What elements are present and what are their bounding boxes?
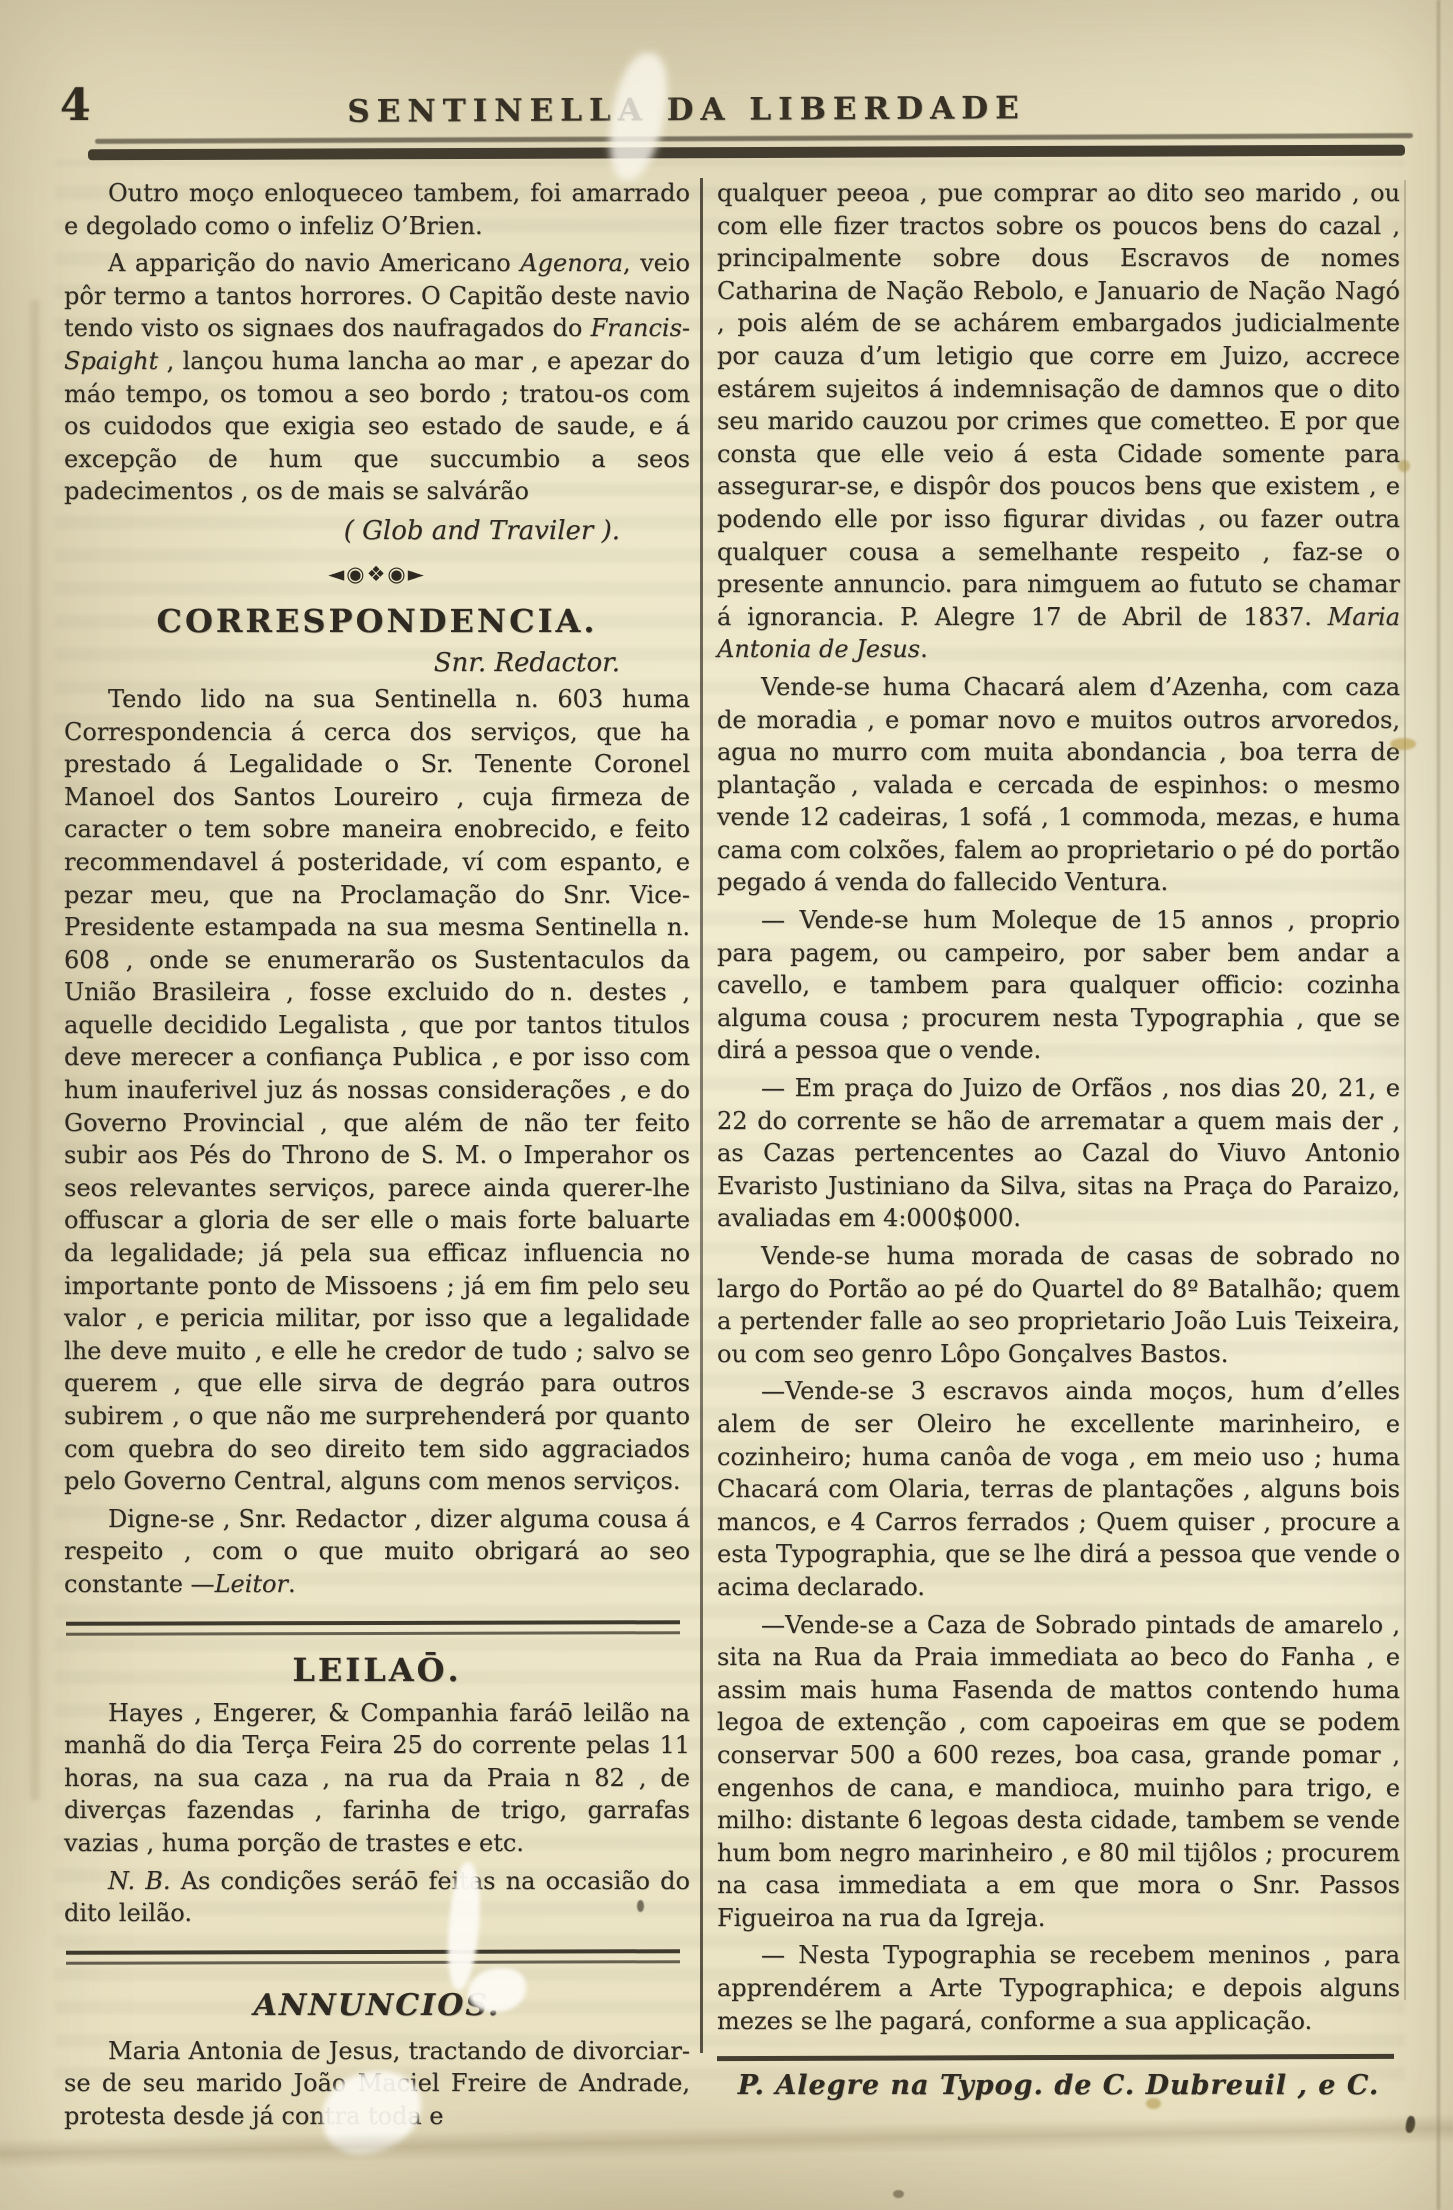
section-rule: [66, 1949, 680, 1965]
column-divider-rule: [700, 178, 703, 2053]
section-heading: LEILAŌ.: [64, 1651, 690, 1689]
section-heading: ANNUNCIOS.: [64, 1988, 690, 2023]
article-paragraph: qualquer peeoa , pue comprar ao dito seo…: [717, 177, 1400, 666]
article-paragraph: — Em praça do Juizo de Orfãos , nos dias…: [717, 1072, 1400, 1235]
ink-speck: [1404, 2115, 1416, 2133]
ornament-divider: ◄◉❖◉►: [64, 562, 690, 586]
footer-rule: [717, 2054, 1394, 2061]
article-paragraph: N. B. As condições seráō feitas na occas…: [64, 1865, 690, 1930]
right-column: qualquer peeoa , pue comprar ao dito seo…: [717, 172, 1400, 2101]
article-paragraph: — Nesta Typographia se recebem meninos ,…: [717, 1939, 1400, 2037]
header-rule-thin: [95, 133, 1413, 144]
newspaper-page: 4 SENTINELLA DA LIBERDADE Outro moço enl…: [0, 0, 1453, 2210]
byline: ( Glob and Traviler ).: [64, 516, 690, 546]
article-paragraph: — Vende-se hum Moleque de 15 annos , pro…: [717, 904, 1400, 1067]
article-paragraph: Vende-se huma Chacará alem d’Azenha, com…: [717, 671, 1400, 899]
byline: Snr. Redactor.: [64, 648, 690, 678]
page-edge-shadow: [1437, 0, 1440, 2210]
article-paragraph: Tendo lido na sua Sentinella n. 603 huma…: [64, 683, 690, 1498]
section-heading: CORRESPONDENCIA.: [64, 602, 690, 640]
paper-crease: [28, 300, 42, 1800]
left-column: Outro moço enloqueceo tambem, foi amarra…: [64, 172, 690, 2133]
right-margin-rule: [1404, 180, 1406, 2000]
article-paragraph: Hayes , Engerer, & Companhia faráō leilã…: [64, 1697, 690, 1860]
section-rule: [66, 1620, 680, 1636]
imprint-line: P. Alegre na Typog. de C. Dubreuil , e C…: [717, 2070, 1400, 2101]
masthead-title: SENTINELLA DA LIBERDADE: [0, 88, 1373, 131]
article-paragraph: Digne-se , Snr. Redactor , dizer alguma …: [64, 1503, 690, 1601]
article-paragraph: Outro moço enloqueceo tambem, foi amarra…: [64, 177, 690, 242]
article-paragraph: —Vende-se a Caza de Sobrado pintads de a…: [717, 1609, 1400, 1935]
article-paragraph: Maria Antonia de Jesus, tractando de div…: [64, 2035, 690, 2133]
article-paragraph: A apparição do navio Americano Agenora, …: [64, 247, 690, 508]
article-paragraph: —Vende-se 3 escravos ainda moços, hum d’…: [717, 1375, 1400, 1603]
ink-speck: [893, 2190, 904, 2198]
article-paragraph: Vende-se huma morada de casas de sobrado…: [717, 1240, 1400, 1370]
header-rule-thick: [88, 145, 1405, 161]
